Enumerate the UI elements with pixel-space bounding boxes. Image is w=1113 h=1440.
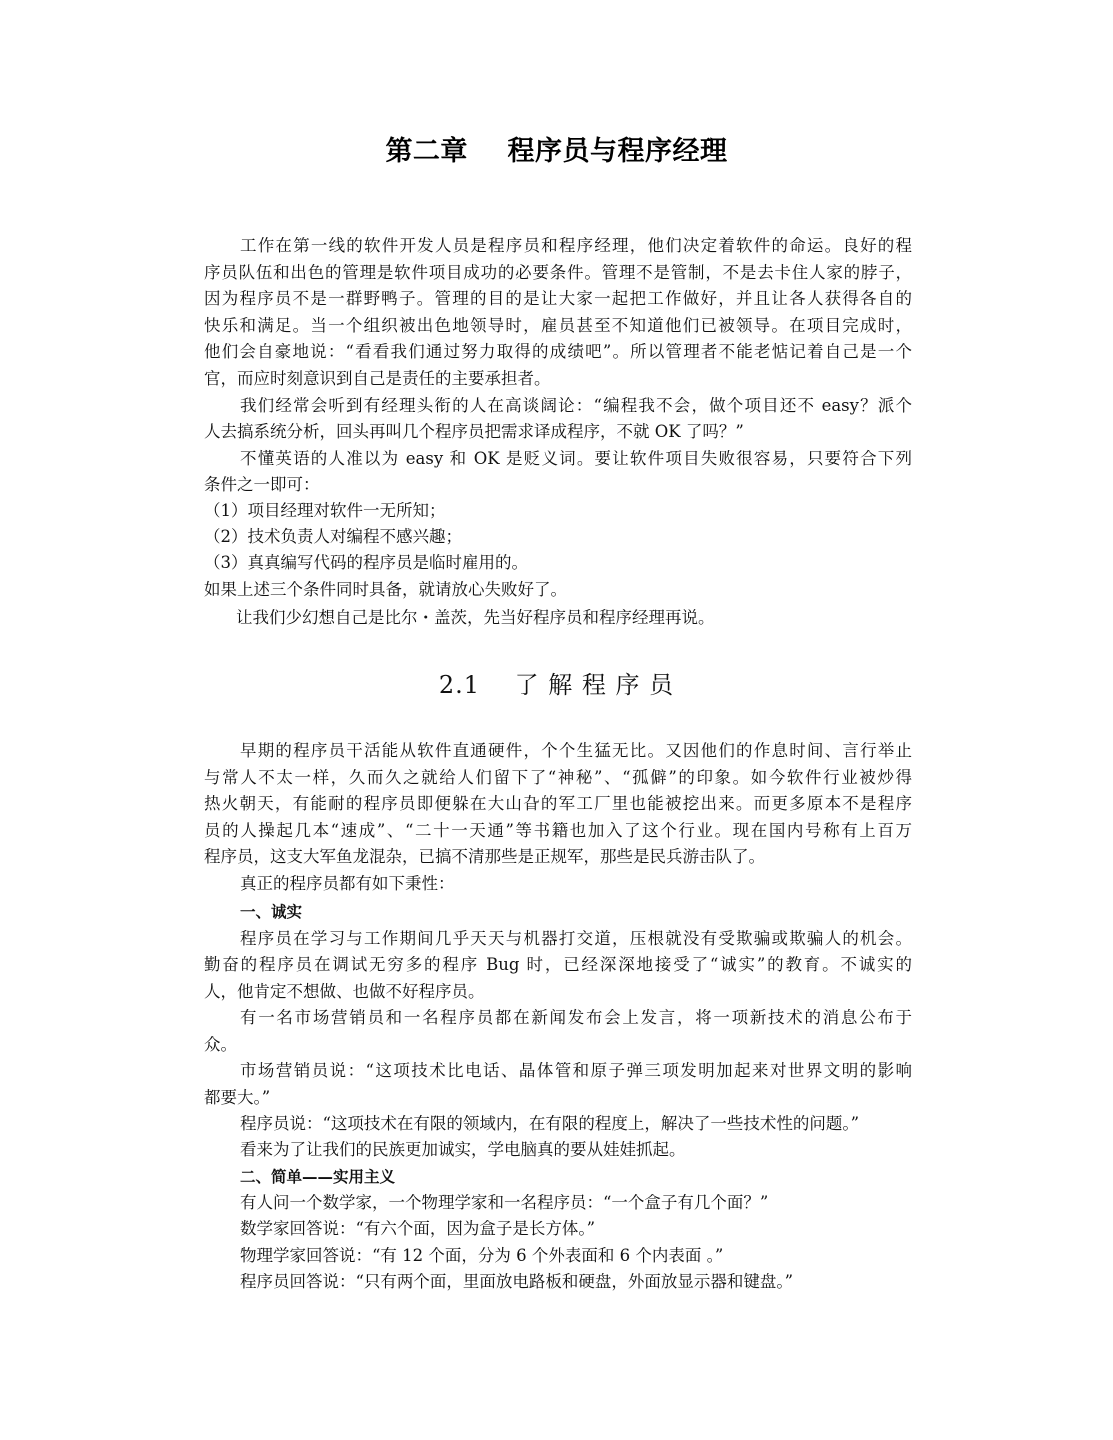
trait2-heading: 二、简单——实用主义 <box>240 1164 395 1190</box>
intro-p3-line-2: 条件之一即可： <box>204 472 320 498</box>
trait1-heading: 一、诚实 <box>240 899 302 925</box>
s21-p1-line-3: 热火朝天，有能耐的程序员即便躲在大山旮的军工厂里也能被挖出来。而更多原本不是程序 <box>204 791 912 817</box>
intro-p2-line-1: 我们经常会听到有经理头衔的人在高谈阔论：“编程我不会，做个项目还不 easy？派… <box>240 393 912 419</box>
trait1-p1-line-1: 程序员在学习与工作期间几乎天天与机器打交道，压根就没有受欺骗或欺骗人的机会。 <box>240 926 912 952</box>
trait2-line-3: 物理学家回答说：“有 12 个面，分为 6 个外表面和 6 个内表面 。” <box>240 1243 723 1269</box>
trait1-p1-line-2: 勤奋的程序员在调试无穷多的程序 Bug 时，已经深深地接受了“诚实”的教育。不诚… <box>204 952 912 978</box>
trait1-p2-line-2: 众。 <box>204 1032 237 1058</box>
condition-item-2: （2）技术负责人对编程不感兴趣； <box>204 524 462 550</box>
intro-conclusion: 如果上述三个条件同时具备，就请放心失败好了。 <box>204 577 567 603</box>
chapter-title: 第二章 程序员与程序经理 <box>0 132 1113 172</box>
intro-closing: 让我们少幻想自己是比尔・盖茨，先当好程序员和程序经理再说。 <box>236 605 715 631</box>
trait1-p2-line-1: 有一名市场营销员和一名程序员都在新闻发布会上发言，将一项新技术的消息公布于 <box>240 1005 912 1031</box>
condition-item-1: （1）项目经理对软件一无所知； <box>204 498 446 524</box>
trait1-p5: 看来为了让我们的民族更加诚实，学电脑真的要从娃娃抓起。 <box>240 1137 686 1163</box>
intro-p2-line-2: 人去搞系统分析，回头再叫几个程序员把需求译成程序，不就 OK 了吗？” <box>204 419 744 445</box>
section-heading-2-1: 2.1 了 解 程 序 员 <box>0 667 1113 703</box>
s21-p1-line-1: 早期的程序员干活能从软件直通硬件，个个生猛无比。又因他们的作息时间、言行举止 <box>240 738 912 764</box>
intro-p1-line-5: 他们会自豪地说：“看看我们通过努力取得的成绩吧”。所以管理者不能老惦记着自己是一… <box>204 339 912 365</box>
trait1-p1-line-3: 人，他肯定不想做、也做不好程序员。 <box>204 979 485 1005</box>
trait1-p3-line-1: 市场营销员说：“这项技术比电话、晶体管和原子弹三项发明加起来对世界文明的影响 <box>240 1058 912 1084</box>
trait2-line-1: 有人问一个数学家，一个物理学家和一名程序员：“一个盒子有几个面？” <box>240 1190 768 1216</box>
traits-intro: 真正的程序员都有如下秉性： <box>240 871 455 897</box>
trait1-p3-line-2: 都要大。” <box>204 1085 270 1111</box>
document-page: 第二章 程序员与程序经理 工作在第一线的软件开发人员是程序员和程序经理，他们决定… <box>0 0 1113 1440</box>
intro-p3-line-1: 不懂英语的人准以为 easy 和 OK 是贬义词。要让软件项目失败很容易，只要符… <box>240 446 912 472</box>
trait2-line-4: 程序员回答说：“只有两个面，里面放电路板和硬盘，外面放显示器和键盘。” <box>240 1269 793 1295</box>
s21-p1-line-4: 员的人操起几本“速成”、“二十一天通”等书籍也加入了这个行业。现在国内号称有上百… <box>204 818 912 844</box>
intro-p1-line-2: 序员队伍和出色的管理是软件项目成功的必要条件。管理不是管制，不是去卡住人家的脖子… <box>204 260 912 286</box>
s21-p1-line-2: 与常人不太一样，久而久之就给人们留下了“神秘”、“孤僻”的印象。如今软件行业被炒… <box>204 765 912 791</box>
trait2-line-2: 数学家回答说：“有六个面，因为盒子是长方体。” <box>240 1216 595 1242</box>
intro-p1-line-6: 官，而应时刻意识到自己是责任的主要承担者。 <box>204 366 551 392</box>
intro-p1-line-1: 工作在第一线的软件开发人员是程序员和程序经理，他们决定着软件的命运。良好的程 <box>240 233 912 259</box>
condition-item-3: （3）真真编写代码的程序员是临时雇用的。 <box>204 550 528 576</box>
s21-p1-line-5: 程序员，这支大军鱼龙混杂，已搞不清那些是正规军，那些是民兵游击队了。 <box>204 844 765 870</box>
intro-p1-line-4: 快乐和满足。当一个组织被出色地领导时，雇员甚至不知道他们已被领导。在项目完成时， <box>204 313 912 339</box>
intro-p1-line-3: 因为程序员不是一群野鸭子。管理的目的是让大家一起把工作做好，并且让各人获得各自的 <box>204 286 912 312</box>
trait1-p4: 程序员说：“这项技术在有限的领域内，在有限的程度上，解决了一些技术性的问题。” <box>240 1111 859 1137</box>
